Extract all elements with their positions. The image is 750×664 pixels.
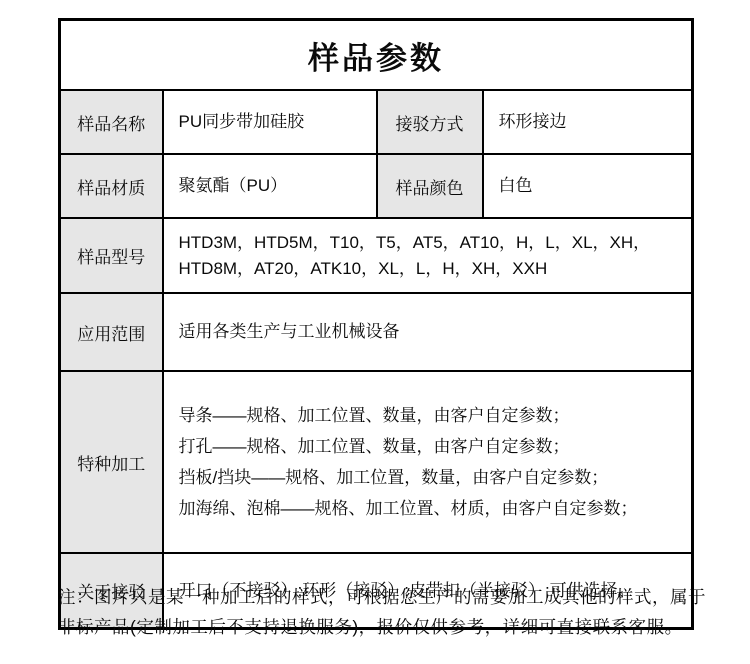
special-processing-value: 导条——规格、加工位置、数量，由客户自定参数； 打孔——规格、加工位置、数量，由…: [163, 371, 693, 553]
special-processing-line-punching: 打孔——规格、加工位置、数量，由客户自定参数；: [179, 431, 682, 462]
product-spec-page: 样品参数 样品名称 PU同步带加硅胶 接驳方式 环形接边 样品材质 聚氨酯（PU…: [0, 0, 750, 664]
table-row: 样品名称 PU同步带加硅胶 接驳方式 环形接边: [60, 90, 693, 154]
sample-material-value: 聚氨酯（PU）: [163, 154, 377, 218]
application-range-label: 应用范围: [60, 293, 163, 371]
table-title: 样品参数: [60, 20, 693, 91]
special-processing-line-guide-strip: 导条——规格、加工位置、数量，由客户自定参数；: [179, 400, 682, 431]
joint-method-value: 环形接边: [483, 90, 693, 154]
special-processing-line-baffle: 挡板/挡块——规格、加工位置，数量，由客户自定参数；: [179, 462, 682, 493]
table-row: 应用范围 适用各类生产与工业机械设备: [60, 293, 693, 371]
footnote: 注：图片只是某一种加工后的样式，可根据您生产的需要加工成其他的样式，属于非标产品…: [58, 582, 706, 642]
joint-method-label: 接驳方式: [377, 90, 483, 154]
table-title-row: 样品参数: [60, 20, 693, 91]
sample-model-label: 样品型号: [60, 218, 163, 293]
table-row: 样品材质 聚氨酯（PU） 样品颜色 白色: [60, 154, 693, 218]
sample-color-value: 白色: [483, 154, 693, 218]
application-range-value: 适用各类生产与工业机械设备: [163, 293, 693, 371]
sample-material-label: 样品材质: [60, 154, 163, 218]
sample-model-value: HTD3M，HTD5M，T10，T5，AT5，AT10，H，L，XL，XH，HT…: [163, 218, 693, 293]
table-row: 样品型号 HTD3M，HTD5M，T10，T5，AT5，AT10，H，L，XL，…: [60, 218, 693, 293]
sample-name-label: 样品名称: [60, 90, 163, 154]
table-row: 特种加工 导条——规格、加工位置、数量，由客户自定参数； 打孔——规格、加工位置…: [60, 371, 693, 553]
sample-color-label: 样品颜色: [377, 154, 483, 218]
special-processing-label: 特种加工: [60, 371, 163, 553]
special-processing-line-sponge: 加海绵、泡棉——规格、加工位置、材质，由客户自定参数；: [179, 493, 682, 524]
sample-parameters-table: 样品参数 样品名称 PU同步带加硅胶 接驳方式 环形接边 样品材质 聚氨酯（PU…: [58, 18, 694, 630]
sample-name-value: PU同步带加硅胶: [163, 90, 377, 154]
